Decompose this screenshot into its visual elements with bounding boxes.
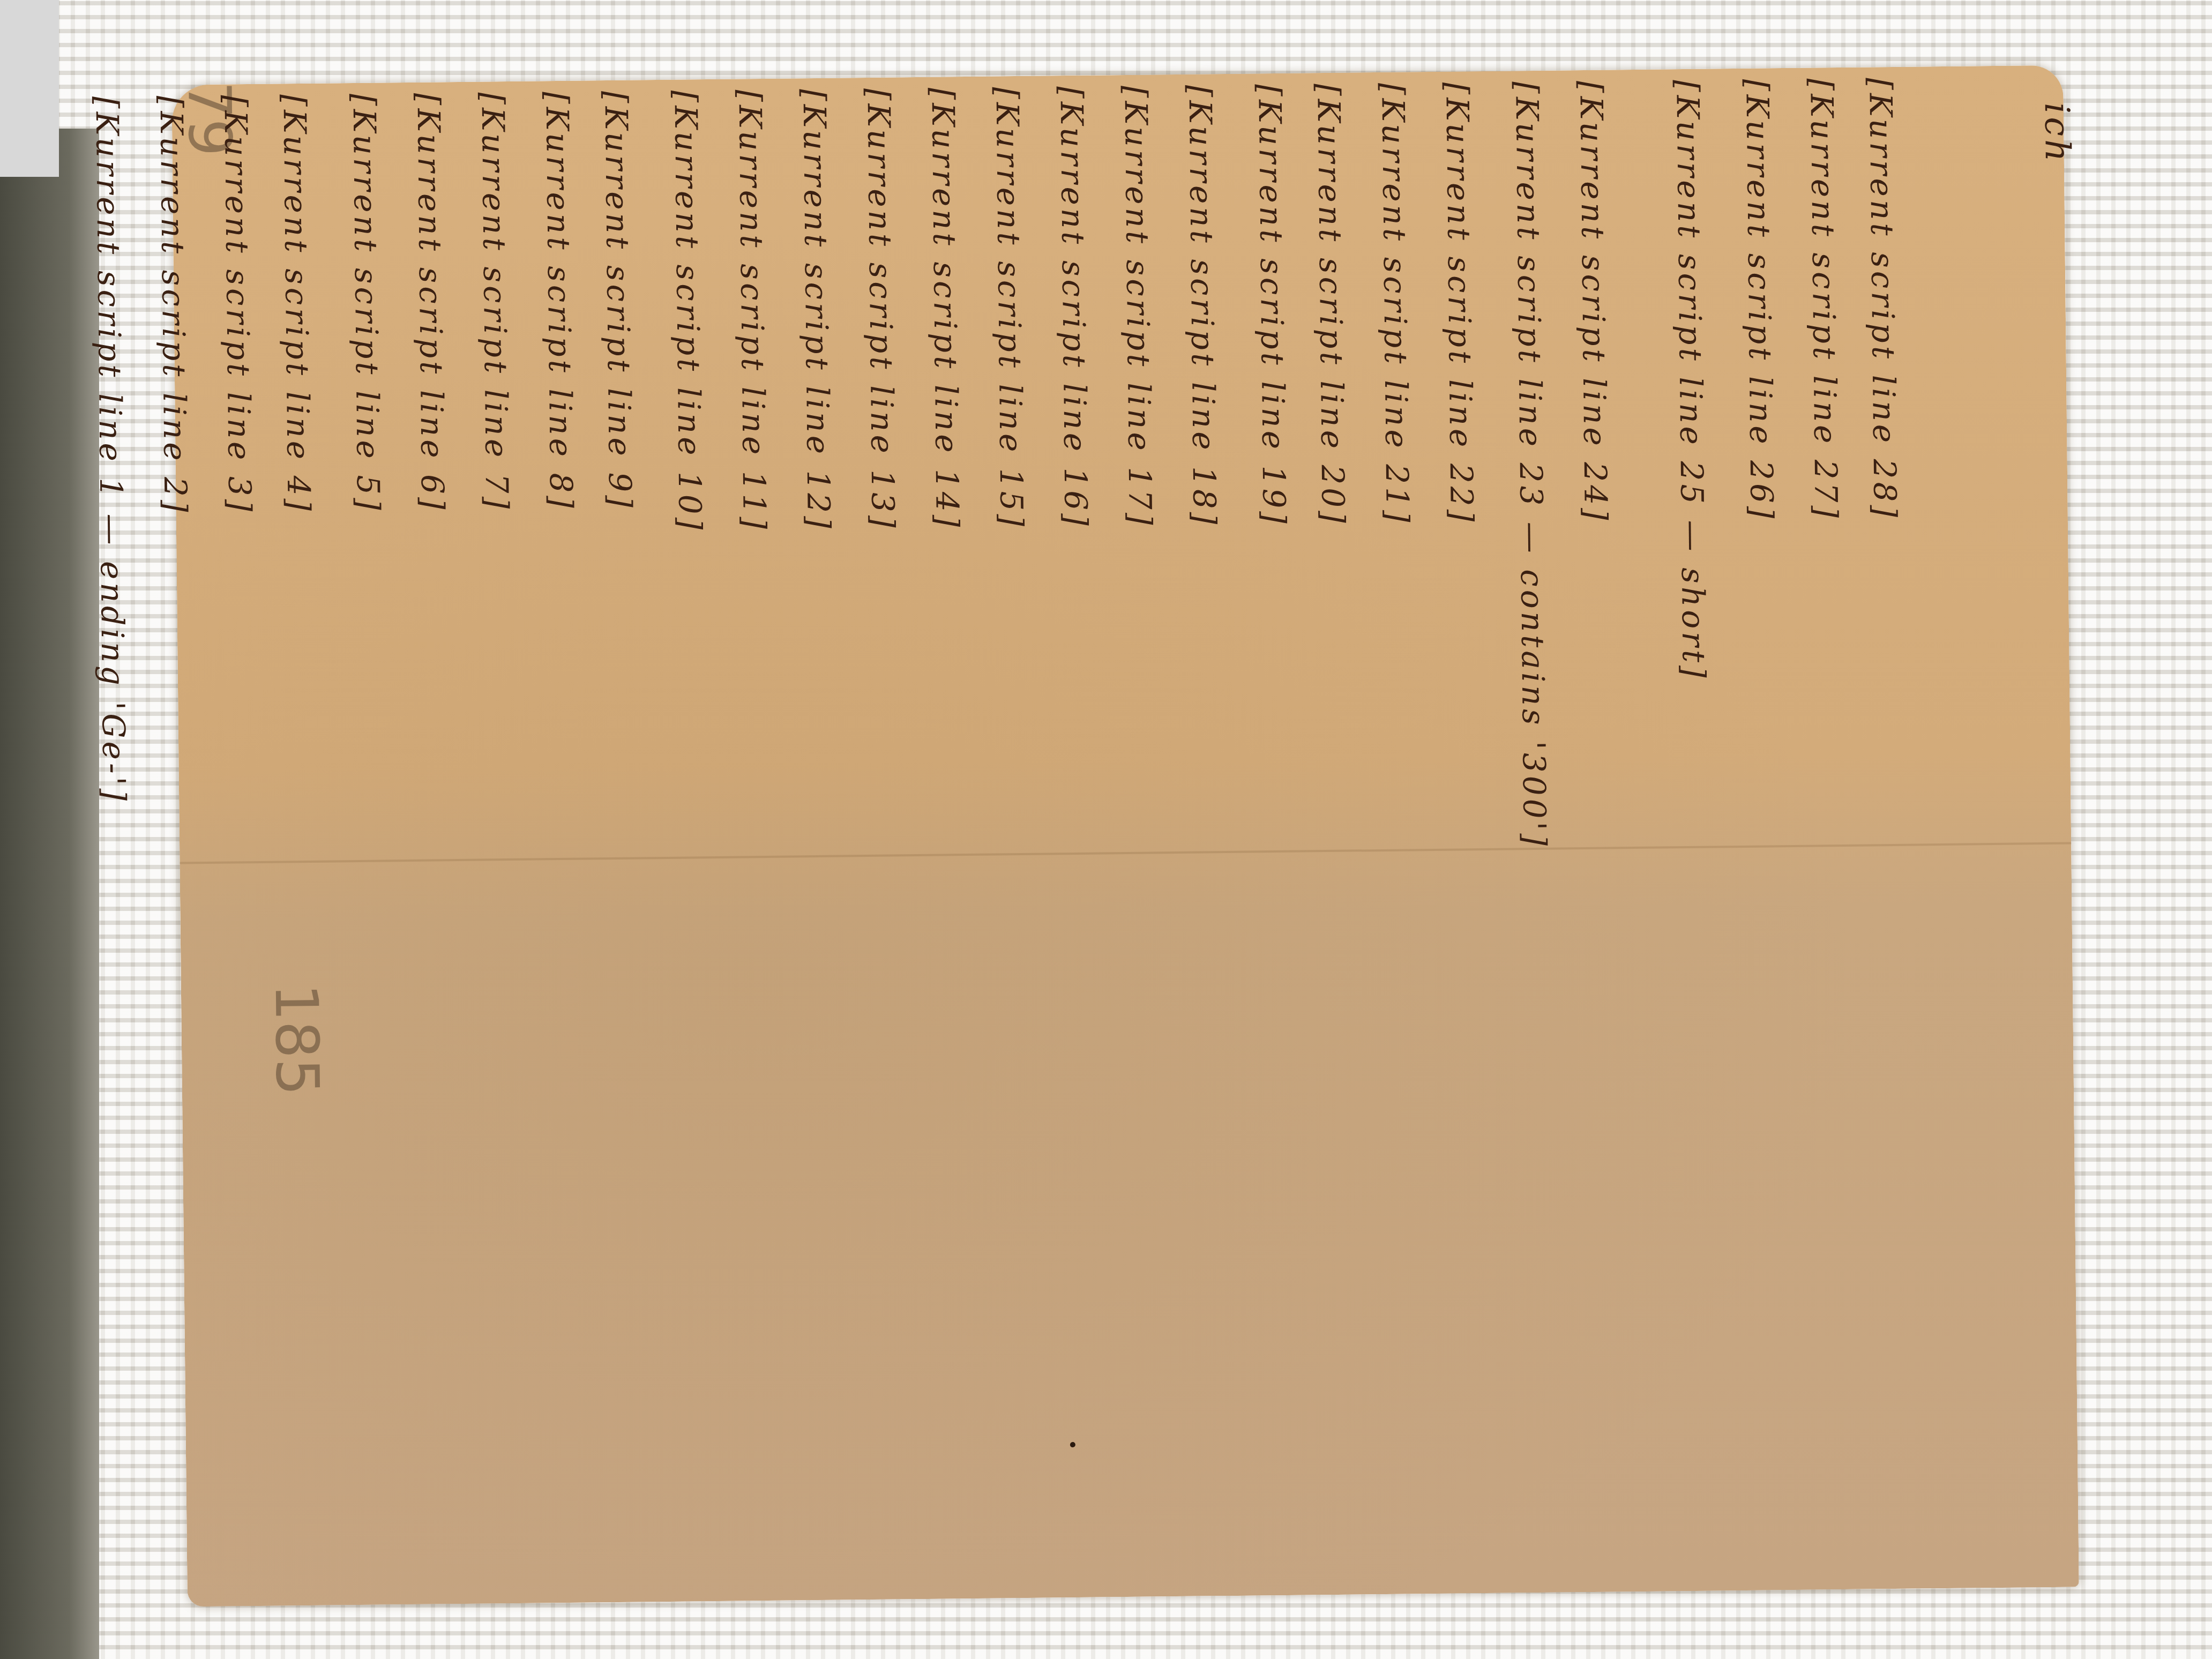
handwritten-line: [Kurrent script line 16] (1053, 76, 1107, 1598)
dark-fabric-edge (0, 129, 99, 1659)
line-text: [Kurrent script line 12] (796, 89, 837, 532)
line-text: [Kurrent script line 23 — contains '300'… (1508, 81, 1553, 849)
handwritten-line: [Kurrent script line 24] (1573, 70, 1626, 1592)
handwritten-line: [Kurrent script line 8] (539, 81, 592, 1603)
handwritten-line: [Kurrent script line 28] (1862, 67, 1916, 1589)
line-text: [Kurrent script line 22] (1439, 82, 1480, 525)
handwritten-line: [Kurrent script line 10] (667, 79, 721, 1602)
handwritten-line: [Kurrent script line 4] (276, 84, 330, 1606)
handwritten-line: [Kurrent script line 11] (731, 79, 785, 1601)
handwritten-line: [Kurrent script line 25 — short] (1669, 69, 1723, 1591)
line-text: [Kurrent script line 21] (1374, 83, 1416, 526)
line-text: [Kurrent script line 25 — short] (1669, 80, 1712, 682)
line-text: [Kurrent script line 28] (1862, 78, 1903, 521)
handwritten-line: [Kurrent script line 14] (924, 77, 978, 1599)
line-text: [Kurrent script line 15] (989, 87, 1030, 530)
line-text: [Kurrent script line 7] (474, 92, 515, 512)
line-text: [Kurrent script line 5] (346, 93, 386, 513)
line-text: [Kurrent script line 1 — ending 'Ge-'] (88, 96, 132, 804)
line-text: [Kurrent script line 9] (597, 91, 638, 511)
handwritten-line: [Kurrent script line 5] (346, 83, 399, 1605)
handwritten-line: [Kurrent script line 23 — contains '300'… (1508, 71, 1562, 1593)
line-text: [Kurrent script line 4] (276, 94, 317, 514)
handwritten-line: [Kurrent script line 18] (1182, 74, 1235, 1596)
line-text: [Kurrent script line 10] (667, 90, 708, 533)
line-text: [Kurrent script line 20] (1310, 84, 1351, 527)
handwritten-line: [Kurrent script line 22] (1439, 71, 1492, 1594)
line-text: [Kurrent script line 3] (217, 95, 258, 515)
line-text: [Kurrent script line 14] (924, 87, 966, 530)
handwritten-line: [Kurrent script line 12] (796, 78, 849, 1601)
line-text: [Kurrent script line 17] (1117, 85, 1159, 528)
line-text: [Kurrent script line 18] (1182, 85, 1223, 528)
handwritten-line: [Kurrent script line 26] (1739, 68, 1792, 1590)
ink-dot (1070, 1442, 1075, 1447)
handwritten-line: [Kurrent script line 6] (410, 82, 464, 1604)
letter-sheet: 79 185 [Kurrent script line 1 — ending '… (171, 65, 2079, 1607)
line-text: [Kurrent script line 19] (1251, 84, 1292, 527)
line-text: [Kurrent script line 27] (1803, 78, 1844, 521)
handwritten-line: [Kurrent script line 19] (1251, 73, 1305, 1596)
handwritten-line: [Kurrent script line 20] (1310, 73, 1364, 1595)
line-text: [Kurrent script line 24] (1573, 80, 1614, 524)
line-text: [Kurrent script line 2] (153, 95, 193, 515)
line-text: [Kurrent script line 26] (1739, 79, 1780, 522)
catchword: ich (2037, 102, 2077, 165)
handwritten-line: [Kurrent script line 3] (217, 84, 271, 1606)
line-text: [Kurrent script line 6] (410, 93, 451, 513)
handwritten-line: [Kurrent script line 27] (1803, 68, 1857, 1590)
line-text: [Kurrent script line 16] (1053, 86, 1094, 529)
handwritten-line: [Kurrent script line 7] (474, 81, 528, 1604)
line-text: [Kurrent script line 13] (860, 88, 901, 531)
line-text: [Kurrent script line 11] (731, 89, 773, 533)
handwritten-line: [Kurrent script line 17] (1117, 74, 1171, 1597)
handwritten-line: [Kurrent script line 9] (597, 80, 651, 1603)
corner-object (0, 0, 59, 177)
line-text: [Kurrent script line 8] (539, 92, 579, 512)
handwritten-line: [Kurrent script line 21] (1374, 72, 1428, 1594)
handwritten-line: [Kurrent script line 13] (860, 77, 914, 1600)
handwritten-line: [Kurrent script line 15] (989, 76, 1042, 1598)
